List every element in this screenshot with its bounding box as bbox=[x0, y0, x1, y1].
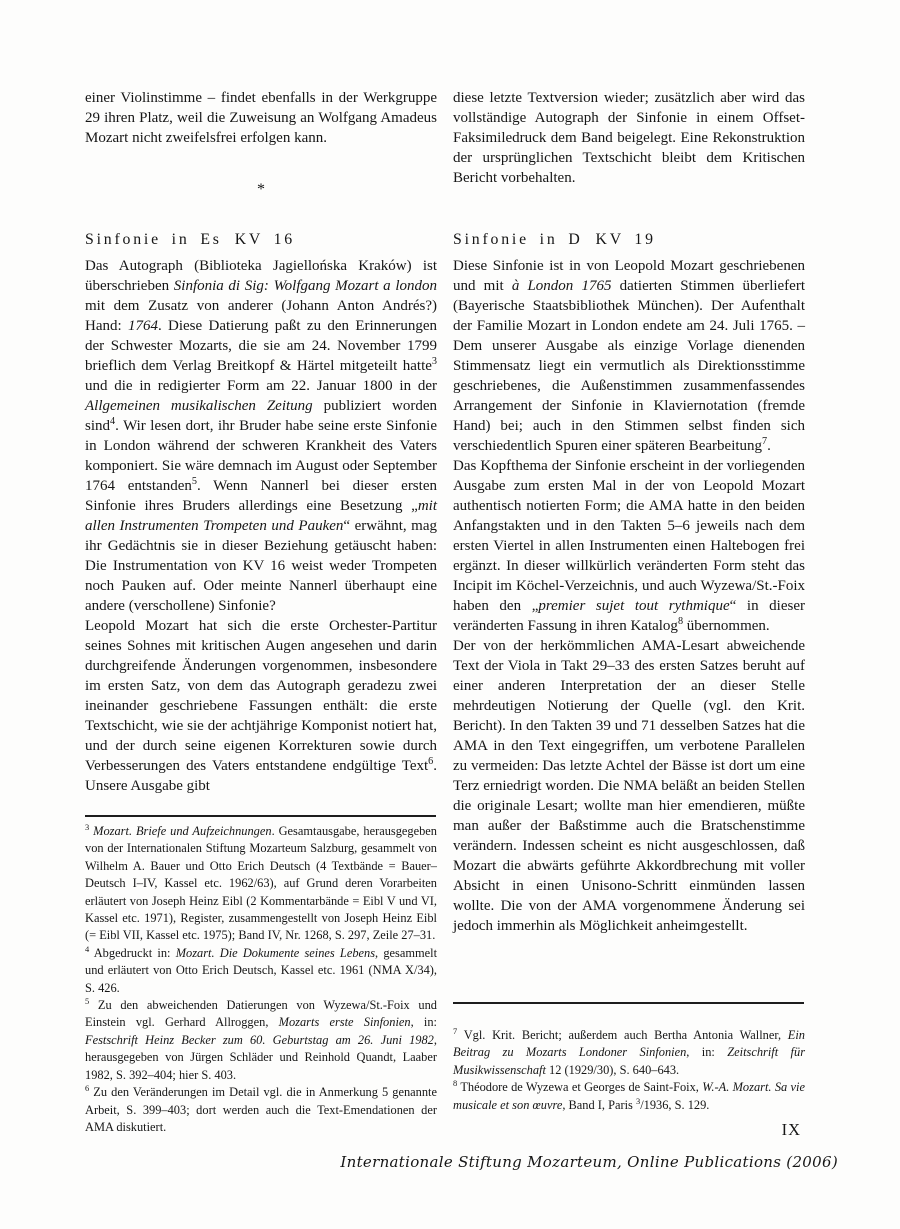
section-separator-asterisk: * bbox=[85, 181, 437, 199]
footnotes-left-column: 3 Mozart. Briefe und Aufzeichnungen. Ges… bbox=[85, 823, 437, 1136]
footer-credit: Internationale Stiftung Mozarteum, Onlin… bbox=[0, 1153, 838, 1171]
paragraph: Diese Sinfonie ist in von Leopold Mozart… bbox=[453, 256, 805, 456]
paragraph: diese letzte Textversion wieder; zusätzl… bbox=[453, 88, 805, 188]
heading-sinfonie-d-kv19: Sinfonie in DKV 19 bbox=[453, 231, 656, 249]
footnote: 5 Zu den abweichenden Datierungen von Wy… bbox=[85, 997, 437, 1084]
footnote-rule-left bbox=[85, 815, 436, 817]
footnote: 8 Théodore de Wyzewa et Georges de Saint… bbox=[453, 1079, 805, 1114]
document-page: einer Violinstimme – findet ebenfalls in… bbox=[0, 0, 900, 1229]
body-text-right-column: Diese Sinfonie ist in von Leopold Mozart… bbox=[453, 256, 805, 936]
heading-kv-number: KV 16 bbox=[235, 231, 295, 248]
heading-sinfonie-es-kv16: Sinfonie in EsKV 16 bbox=[85, 231, 295, 249]
continuation-paragraph-left: einer Violinstimme – findet ebenfalls in… bbox=[85, 88, 437, 148]
heading-kv-number: KV 19 bbox=[596, 231, 656, 248]
body-text-left-column: Das Autograph (Biblioteka Jagiellońska K… bbox=[85, 256, 437, 796]
paragraph: Das Kopfthema der Sinfonie erscheint in … bbox=[453, 456, 805, 636]
paragraph: Leopold Mozart hat sich die erste Orches… bbox=[85, 616, 437, 796]
heading-title: Sinfonie in D bbox=[453, 231, 583, 248]
footnote: 7 Vgl. Krit. Bericht; außerdem auch Bert… bbox=[453, 1027, 805, 1079]
heading-title: Sinfonie in Es bbox=[85, 231, 222, 248]
footnote-rule-right bbox=[453, 1002, 804, 1004]
paragraph: Das Autograph (Biblioteka Jagiellońska K… bbox=[85, 256, 437, 616]
continuation-paragraph-right: diese letzte Textversion wieder; zusätzl… bbox=[453, 88, 805, 188]
paragraph: Der von der herkömmlichen AMA-Lesart abw… bbox=[453, 636, 805, 936]
footnote: 6 Zu den Veränderungen im Detail vgl. di… bbox=[85, 1084, 437, 1136]
footnote: 4 Abgedruckt in: Mozart. Die Dokumente s… bbox=[85, 945, 437, 997]
footnote: 3 Mozart. Briefe und Aufzeichnungen. Ges… bbox=[85, 823, 437, 945]
paragraph: einer Violinstimme – findet ebenfalls in… bbox=[85, 88, 437, 148]
page-number: IX bbox=[453, 1120, 801, 1140]
footnotes-right-column: 7 Vgl. Krit. Bericht; außerdem auch Bert… bbox=[453, 1027, 805, 1114]
